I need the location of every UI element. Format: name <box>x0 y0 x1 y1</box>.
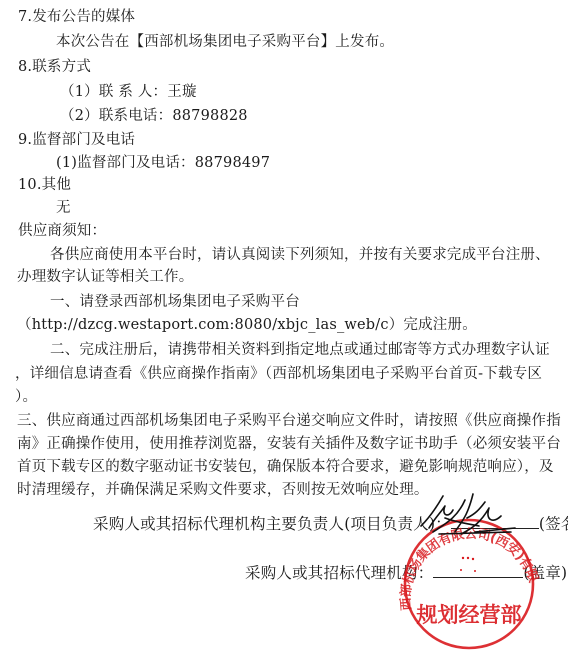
section-heading-supervision: 9.监督部门及电话 <box>18 130 135 150</box>
notice-item-2-line-3: ）。 <box>15 387 37 407</box>
notice-item-3-line-3: 首页下载专区的数字驱动证书安装包，确保版本符合要求，避免影响规范响应），及 <box>17 457 554 477</box>
supplier-notice-intro-2: 办理数字认证等相关工作。 <box>17 267 193 287</box>
notice-item-2-line-2: ，详细信息请查看《供应商操作指南》（西部机场集团电子采购平台首页-下载专区 <box>15 364 542 384</box>
other-text: 无 <box>56 198 71 218</box>
section-heading-other: 10.其他 <box>18 175 71 195</box>
media-text: 本次公告在【西部机场集团电子采购平台】上发布。 <box>56 32 394 52</box>
contact-person: （1）联 系 人：王璇 <box>60 82 197 102</box>
supplier-notice-intro-1: 各供应商使用本平台时，请认真阅读下列须知，并按有关要求完成平台注册、 <box>50 245 550 265</box>
notice-item-3-line-1: 三、供应商通过西部机场集团电子采购平台递交响应文件时，请按照《供应商操作指 <box>17 411 561 431</box>
notice-item-3-line-2: 南》正确操作使用，使用推荐浏览器，安装有关插件及数字证书助手（必须安装平台 <box>17 434 561 454</box>
supplier-notice-heading: 供应商须知： <box>18 221 106 241</box>
section-heading-contact: 8.联系方式 <box>18 57 91 77</box>
notice-item-1-line-2: （http://dzcg.westaport.com:8080/xbjc_las… <box>17 315 477 335</box>
notice-item-1-line-1: 一、请登录西部机场集团电子采购平台 <box>50 292 300 312</box>
stamp-center-text: 规划经营部 <box>417 603 522 627</box>
notice-item-2-line-1: 二、完成注册后，请携带相关资料到指定地点或通过邮寄等方式办理数字认证 <box>50 340 550 360</box>
section-heading-media: 7.发布公告的媒体 <box>18 7 135 27</box>
notice-item-3-line-4: 时清理缓存，并确保满足采购文件要求，否则按无效响应处理。 <box>17 480 429 500</box>
handwritten-signature <box>415 488 525 540</box>
supervision-item: (1)监督部门及电话：88798497 <box>56 153 270 173</box>
contact-phone: （2）联系电话：88798828 <box>60 106 248 126</box>
